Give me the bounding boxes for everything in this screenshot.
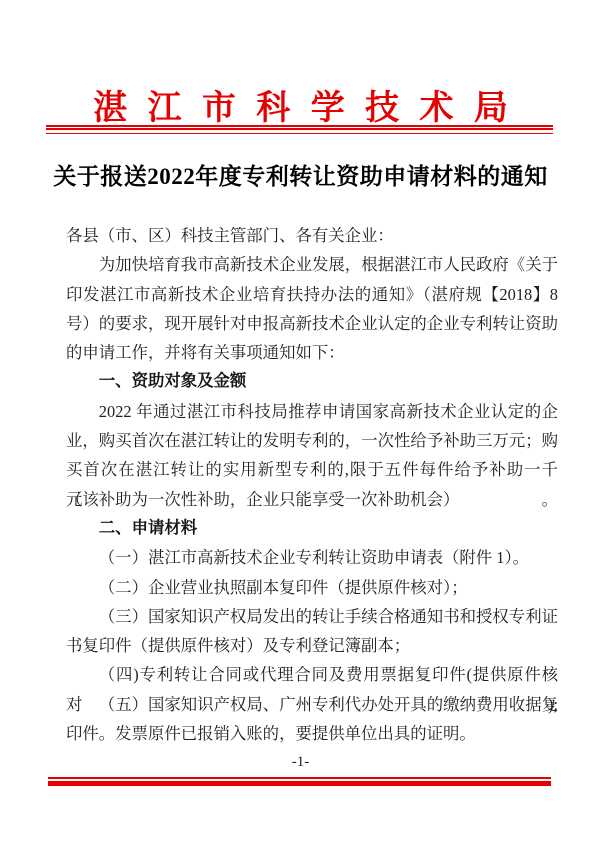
header-rule: [46, 125, 553, 134]
body-line: （四)专利转让合同或代理合同及费用票据复印件(提供原件核对);: [66, 660, 558, 689]
section-heading: 二、申请材料: [66, 514, 558, 543]
body-line: 的申请工作，并将有关事项通知如下：: [66, 338, 558, 367]
section-heading: 一、资助对象及金额: [66, 367, 558, 396]
document-body: 各县（市、区）科技主管部门、各有关企业：为加快培育我市高新技术企业发展，根据湛江…: [66, 221, 558, 748]
body-line: 业，购买首次在湛江转让的发明专利的，一次性给予补助三万元；购: [66, 426, 558, 455]
body-line: 买首次在湛江转让的实用新型专利的,限于五件每件给予补助一千元。: [66, 455, 558, 484]
body-line: 各县（市、区）科技主管部门、各有关企业：: [66, 221, 558, 250]
body-line: （二）企业营业执照副本复印件（提供原件核对）；: [66, 573, 558, 602]
document-title: 关于报送2022年度专利转让资助申请材料的通知: [0, 158, 601, 191]
body-line: （五）国家知识产权局、广州专利代办处开具的缴纳费用收据复: [66, 690, 558, 719]
footer-rule-thick-stripe: [48, 781, 551, 786]
body-line: 为加快培育我市高新技术企业发展，根据湛江市人民政府《关于: [66, 250, 558, 279]
body-line: 印件。发票原件已报销入账的，要提供单位出具的证明。: [66, 719, 558, 748]
body-line: （一）湛江市高新技术企业专利转让资助申请表（附件 1）。: [66, 543, 558, 572]
body-line: 书复印件（提供原件核对）及专利登记簿副本；: [66, 631, 558, 660]
body-line: （三）国家知识产权局发出的转让手续合格通知书和授权专利证: [66, 602, 558, 631]
footer-rule: [48, 777, 551, 786]
body-line: 2022 年通过湛江市科技局推荐申请国家高新技术企业认定的企: [66, 397, 558, 426]
header-rule-thin-stripe: [46, 133, 553, 134]
document-page: 湛江市科学技术局 关于报送2022年度专利转让资助申请材料的通知 各县（市、区）…: [0, 0, 601, 850]
body-line: 号）的要求，现开展针对申报高新技术企业认定的企业专利转让资助: [66, 309, 558, 338]
body-line: 印发湛江市高新技术企业培育扶持办法的通知》（湛府规【2018】8: [66, 280, 558, 309]
page-number: -1-: [0, 754, 601, 771]
agency-name: 湛江市科学技术局: [0, 80, 601, 129]
